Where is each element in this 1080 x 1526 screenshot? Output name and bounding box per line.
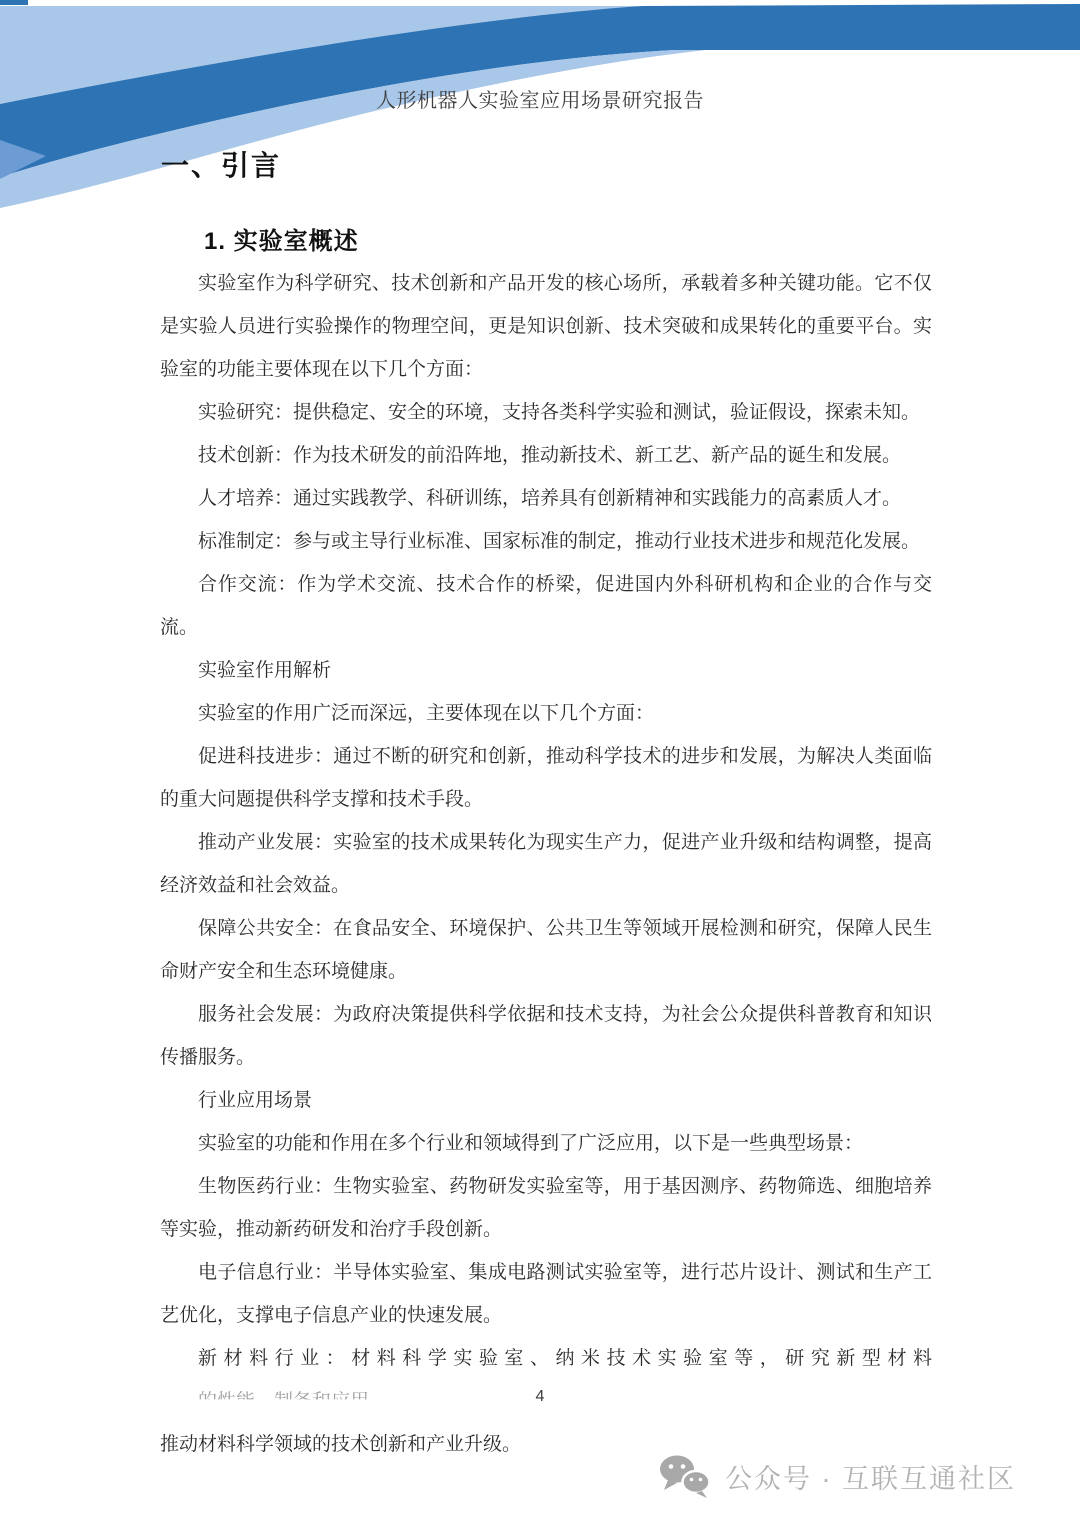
paragraph: 实验室作用解析 bbox=[160, 649, 932, 692]
paragraph-text: 服务社会发展：为政府决策提供科学依据和技术支持，为社会公众提供科普教育和知识传播… bbox=[160, 1004, 932, 1068]
paragraph-text: 技术创新：作为技术研发的前沿阵地，推动新技术、新工艺、新产品的诞生和发展。 bbox=[198, 445, 901, 466]
paragraph: 实验室作为科学研究、技术创新和产品开发的核心场所，承载着多种关键功能。它不仅是实… bbox=[160, 262, 932, 391]
paragraph-text: 保障公共安全：在食品安全、环境保护、公共卫生等领域开展检测和研究，保障人民生命财… bbox=[160, 918, 932, 982]
paragraph: 服务社会发展：为政府决策提供科学依据和技术支持，为社会公众提供科普教育和知识传播… bbox=[160, 993, 932, 1079]
paragraph: 推动产业发展：实验室的技术成果转化为现实生产力，促进产业升级和结构调整，提高经济… bbox=[160, 821, 932, 907]
paragraph: 技术创新：作为技术研发的前沿阵地，推动新技术、新工艺、新产品的诞生和发展。 bbox=[160, 434, 932, 477]
paragraph-text: 实验室的功能和作用在多个行业和领域得到了广泛应用，以下是一些典型场景： bbox=[198, 1133, 863, 1154]
paragraph-text: 实验研究：提供稳定、安全的环境，支持各类科学实验和测试，验证假设，探索未知。 bbox=[198, 402, 920, 423]
paragraph: 人才培养：通过实践教学、科研训练，培养具有创新精神和实践能力的高素质人才。 bbox=[160, 477, 932, 520]
paragraph-text: 新材料行业：材料科学实验室、纳米技术实验室等，研究新型材料 bbox=[198, 1348, 932, 1369]
corner-accent-shape bbox=[0, 0, 28, 5]
paragraph-text: 推动产业发展：实验室的技术成果转化为现实生产力，促进产业升级和结构调整，提高经济… bbox=[160, 832, 932, 896]
paragraph: 标准制定：参与或主导行业标准、国家标准的制定，推动行业技术进步和规范化发展。 bbox=[160, 520, 932, 563]
paragraph: 新材料行业：材料科学实验室、纳米技术实验室等，研究新型材料的性能、制备和应用 bbox=[160, 1337, 932, 1423]
section-heading: 一、引言 bbox=[161, 144, 281, 184]
paragraph-text: 促进科技进步：通过不断的研究和创新，推动科学技术的进步和发展，为解决人类面临的重… bbox=[160, 746, 932, 810]
paragraph-text: 生物医药行业：生物实验室、药物研发实验室等，用于基因测序、药物筛选、细胞培养等实… bbox=[160, 1176, 932, 1240]
wechat-icon bbox=[659, 1454, 711, 1498]
paragraph: 促进科技进步：通过不断的研究和创新，推动科学技术的进步和发展，为解决人类面临的重… bbox=[160, 735, 932, 821]
paragraph: 生物医药行业：生物实验室、药物研发实验室等，用于基因测序、药物筛选、细胞培养等实… bbox=[160, 1165, 932, 1251]
paragraph: 保障公共安全：在食品安全、环境保护、公共卫生等领域开展检测和研究，保障人民生命财… bbox=[160, 907, 932, 993]
paragraph-text: 标准制定：参与或主导行业标准、国家标准的制定，推动行业技术进步和规范化发展。 bbox=[198, 531, 920, 552]
paragraph: 实验研究：提供稳定、安全的环境，支持各类科学实验和测试，验证假设，探索未知。 bbox=[160, 391, 932, 434]
footer-label: 公众号 · 互联互通社区 bbox=[725, 1457, 1016, 1496]
document-page: 人形机器人实验室应用场景研究报告 一、引言 1. 实验室概述 实验室作为科学研究… bbox=[0, 0, 1080, 1526]
body-text: 实验室作为科学研究、技术创新和产品开发的核心场所，承载着多种关键功能。它不仅是实… bbox=[160, 262, 932, 1466]
sub-heading: 1. 实验室概述 bbox=[204, 221, 359, 256]
paragraph-text: 推动材料科学领域的技术创新和产业升级。 bbox=[160, 1434, 521, 1455]
paragraph: 实验室的作用广泛而深远，主要体现在以下几个方面： bbox=[160, 692, 932, 735]
document-running-title: 人形机器人实验室应用场景研究报告 bbox=[0, 84, 1080, 113]
paragraph: 电子信息行业：半导体实验室、集成电路测试实验室等，进行芯片设计、测试和生产工艺优… bbox=[160, 1251, 932, 1337]
paragraph-text: 合作交流：作为学术交流、技术合作的桥梁，促进国内外科研机构和企业的合作与交流。 bbox=[160, 574, 932, 638]
page-number: 4 bbox=[0, 1388, 1080, 1406]
paragraph: 行业应用场景 bbox=[160, 1079, 932, 1122]
paragraph-text: 实验室作用解析 bbox=[198, 660, 331, 681]
paragraph-text: 人才培养：通过实践教学、科研训练，培养具有创新精神和实践能力的高素质人才。 bbox=[198, 488, 901, 509]
paragraph-text: 实验室的作用广泛而深远，主要体现在以下几个方面： bbox=[198, 703, 654, 724]
footer-watermark: 公众号 · 互联互通社区 bbox=[659, 1454, 1016, 1498]
paragraph: 实验室的功能和作用在多个行业和领域得到了广泛应用，以下是一些典型场景： bbox=[160, 1122, 932, 1165]
paragraph: 合作交流：作为学术交流、技术合作的桥梁，促进国内外科研机构和企业的合作与交流。 bbox=[160, 563, 932, 649]
paragraph-text: 电子信息行业：半导体实验室、集成电路测试实验室等，进行芯片设计、测试和生产工艺优… bbox=[160, 1262, 932, 1326]
paragraph-text: 行业应用场景 bbox=[198, 1090, 312, 1111]
paragraph-text: 实验室作为科学研究、技术创新和产品开发的核心场所，承载着多种关键功能。它不仅是实… bbox=[160, 273, 932, 380]
